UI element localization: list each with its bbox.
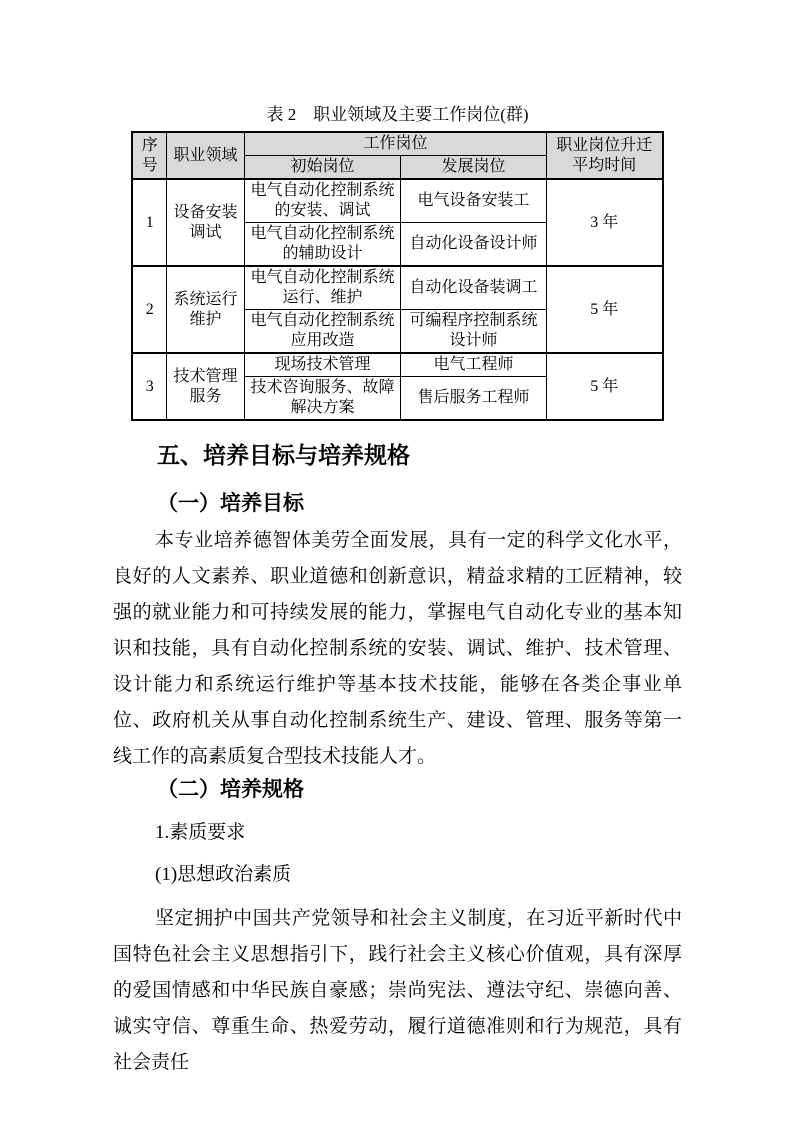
- cell-initial-2a: 电气自动化控制系统运行、维护: [244, 266, 400, 310]
- cell-seq-3: 3: [132, 353, 166, 420]
- cell-initial-1b: 电气自动化控制系统的辅助设计: [244, 223, 400, 267]
- cell-initial-3a: 现场技术管理: [244, 353, 400, 377]
- item-quality-requirements: 1.素质要求: [155, 820, 682, 845]
- header-field: 职业领域: [166, 132, 244, 179]
- document-page: 表 2 职业领域及主要工作岗位(群) 序号 职业领域 工作岗位 职业岗位升迁平均…: [0, 0, 793, 1122]
- header-promotion: 职业岗位升迁平均时间: [547, 132, 663, 179]
- cell-field-3: 技术管理服务: [166, 353, 244, 420]
- cell-develop-2b: 可编程序控制系统设计师: [400, 310, 546, 354]
- paragraph-objectives: 本专业培养德智体美劳全面发展，具有一定的科学文化水平，良好的人文素养、职业道德和…: [113, 523, 682, 775]
- table-row-1a: 1 设备安装调试 电气自动化控制系统的安装、调试 电气设备安装工 3 年: [132, 179, 662, 223]
- cell-seq-1: 1: [132, 179, 166, 266]
- header-develop: 发展岗位: [400, 156, 546, 180]
- subsection-heading-objectives: （一）培养目标: [157, 491, 682, 517]
- cell-field-2: 系统运行维护: [166, 266, 244, 353]
- header-initial: 初始岗位: [244, 156, 400, 180]
- table-header-row-1: 序号 职业领域 工作岗位 职业岗位升迁平均时间: [132, 132, 662, 156]
- table-row-3a: 3 技术管理服务 现场技术管理 电气工程师 5 年: [132, 353, 662, 377]
- cell-promotion-2: 5 年: [547, 266, 663, 353]
- cell-field-1: 设备安装调试: [166, 179, 244, 266]
- paragraph-political: 坚定拥护中国共产党领导和社会主义制度，在习近平新时代中国特色社会主义思想指引下，…: [113, 901, 682, 1081]
- table-caption: 表 2 职业领域及主要工作岗位(群): [113, 104, 682, 126]
- section-heading-training: 五、培养目标与培养规格: [157, 442, 682, 469]
- subsection-heading-specs: （二）培养规格: [157, 777, 682, 803]
- cell-develop-1b: 自动化设备设计师: [400, 223, 546, 267]
- item-political-quality: (1)思想政治素质: [155, 862, 682, 887]
- header-jobs: 工作岗位: [244, 132, 546, 156]
- cell-develop-1a: 电气设备安装工: [400, 179, 546, 223]
- cell-initial-2b: 电气自动化控制系统应用改造: [244, 310, 400, 354]
- cell-develop-2a: 自动化设备装调工: [400, 266, 546, 310]
- cell-initial-3b: 技术咨询服务、故障解决方案: [244, 377, 400, 421]
- table-row-2a: 2 系统运行维护 电气自动化控制系统运行、维护 自动化设备装调工 5 年: [132, 266, 662, 310]
- cell-promotion-3: 5 年: [547, 353, 663, 420]
- cell-promotion-1: 3 年: [547, 179, 663, 266]
- cell-develop-3a: 电气工程师: [400, 353, 546, 377]
- cell-initial-1a: 电气自动化控制系统的安装、调试: [244, 179, 400, 223]
- header-seq: 序号: [132, 132, 166, 179]
- cell-develop-3b: 售后服务工程师: [400, 377, 546, 421]
- jobs-table: 序号 职业领域 工作岗位 职业岗位升迁平均时间 初始岗位 发展岗位 1 设备安装…: [131, 131, 663, 421]
- cell-seq-2: 2: [132, 266, 166, 353]
